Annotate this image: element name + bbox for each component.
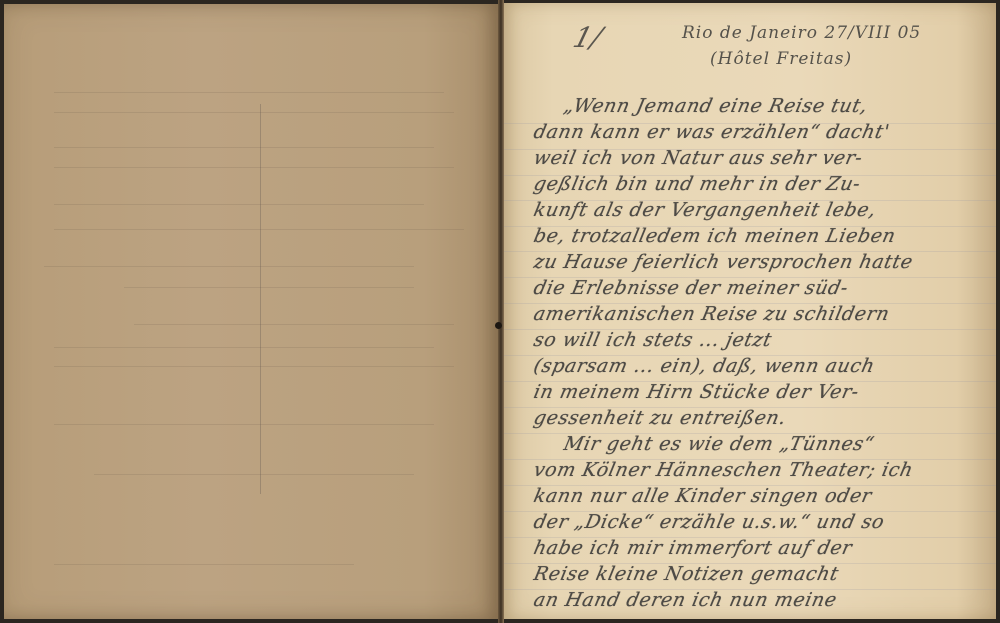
bleed-through-line: [124, 287, 414, 288]
notebook-spread: 1/ Rio de Janeiro 27/VIII 05 (Hôtel Frei…: [0, 0, 1000, 623]
bleed-through-line: [54, 424, 434, 425]
bleed-through-line: [54, 147, 434, 148]
text-line: dann kann er was erzählen“ dacht': [532, 121, 987, 143]
staple: [495, 322, 502, 329]
text-line: Reise kleine Notizen gemacht: [532, 563, 987, 585]
bleed-through-line: [54, 92, 444, 93]
bleed-through-line: [134, 324, 454, 325]
bleed-through-line: [54, 229, 464, 230]
page-crease: [260, 104, 261, 494]
left-page-blank: [4, 4, 498, 619]
text-line: (sparsam ... ein), daß, wenn auch: [532, 355, 987, 377]
text-line: habe ich mir immerfort auf der: [532, 537, 987, 559]
bleed-through-line: [54, 564, 354, 565]
text-line: be, trotzalledem ich meinen Lieben: [532, 225, 987, 247]
header-place-date: Rio de Janeiro 27/VIII 05: [682, 23, 921, 43]
bleed-through-line: [54, 366, 454, 367]
text-line: gessenheit zu entreißen.: [532, 407, 987, 429]
text-line: die Erlebnisse der meiner süd-: [532, 277, 987, 299]
right-page-handwritten: 1/ Rio de Janeiro 27/VIII 05 (Hôtel Frei…: [504, 3, 996, 619]
text-line: Mir geht es wie dem „Tünnes“: [562, 433, 987, 455]
text-line: kann nur alle Kinder singen oder: [532, 485, 987, 507]
text-line: in meinem Hirn Stücke der Ver-: [532, 381, 987, 403]
text-line: weil ich von Natur aus sehr ver-: [532, 147, 987, 169]
bleed-through-line: [54, 112, 454, 113]
bleed-through-line: [54, 347, 434, 348]
text-line: an Hand deren ich nun meine: [532, 589, 987, 611]
header-location: (Hôtel Freitas): [710, 49, 852, 69]
text-line: der „Dicke“ erzähle u.s.w.“ und so: [532, 511, 987, 533]
text-line: „Wenn Jemand eine Reise tut,: [562, 95, 987, 117]
bleed-through-line: [94, 474, 414, 475]
text-line: so will ich stets ... jetzt: [532, 329, 987, 351]
bleed-through-line: [54, 167, 454, 168]
bleed-through-line: [44, 266, 414, 267]
text-line: amerikanischen Reise zu schildern: [532, 303, 987, 325]
text-line: vom Kölner Hänneschen Theater; ich: [532, 459, 987, 481]
bleed-through-line: [54, 204, 424, 205]
text-line: geßlich bin und mehr in der Zu-: [532, 173, 987, 195]
text-line: zu Hause feierlich versprochen hatte: [532, 251, 987, 273]
text-line: kunft als der Vergangenheit lebe,: [532, 199, 987, 221]
page-number: 1/: [570, 21, 606, 54]
